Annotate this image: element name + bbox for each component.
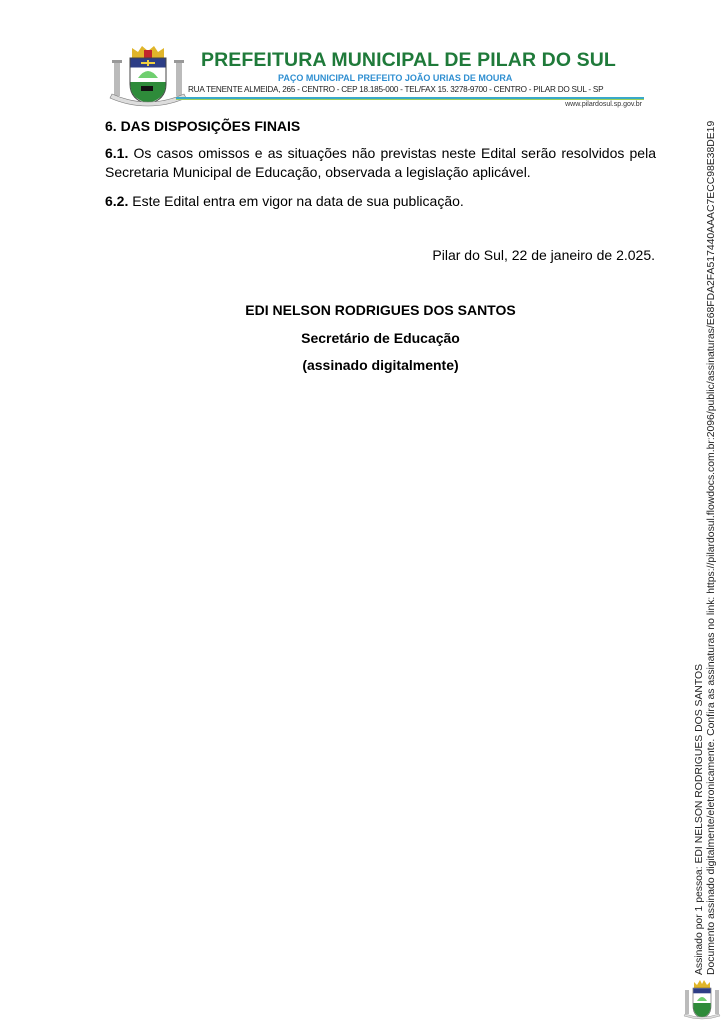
- item-number: 6.2.: [105, 193, 128, 209]
- paragraph-6-1: 6.1. Os casos omissos e as situações não…: [105, 144, 656, 182]
- header-website: www.pilardosul.sp.gov.br: [565, 101, 642, 108]
- header-subtitle: PAÇO MUNICIPAL PREFEITO JOÃO URIAS DE MO…: [278, 73, 512, 83]
- header-title: PREFEITURA MUNICIPAL DE PILAR DO SUL: [201, 49, 616, 72]
- digital-signature-stamp: Assinado por 1 pessoa: EDI NELSON RODRIG…: [694, 121, 718, 975]
- stamp-verification-line: Documento assinado digitalmente/eletroni…: [706, 121, 718, 975]
- item-text: Este Edital entra em vigor na data de su…: [132, 193, 464, 209]
- place-date: Pilar do Sul, 22 de janeiro de 2.025.: [432, 247, 655, 263]
- header-rule-accent: [176, 99, 644, 100]
- header-address: RUA TENENTE ALMEIDA, 265 - CENTRO - CEP …: [188, 85, 603, 94]
- item-text: Os casos omissos e as situações não prev…: [105, 145, 656, 180]
- signatory-role: Secretário de Educação: [105, 330, 656, 346]
- item-number: 6.1.: [105, 145, 128, 161]
- section-title: 6. DAS DISPOSIÇÕES FINAIS: [105, 118, 300, 134]
- paragraph-6-2: 6.2. Este Edital entra em vigor na data …: [105, 192, 464, 211]
- letterhead: PREFEITURA MUNICIPAL DE PILAR DO SUL PAÇ…: [108, 44, 644, 112]
- signature-note: (assinado digitalmente): [105, 357, 656, 373]
- stamp-signer-line: Assinado por 1 pessoa: EDI NELSON RODRIG…: [694, 121, 706, 975]
- signatory-name: EDI NELSON RODRIGUES DOS SANTOS: [105, 302, 656, 318]
- stamp-coat-of-arms-icon: [683, 976, 721, 1022]
